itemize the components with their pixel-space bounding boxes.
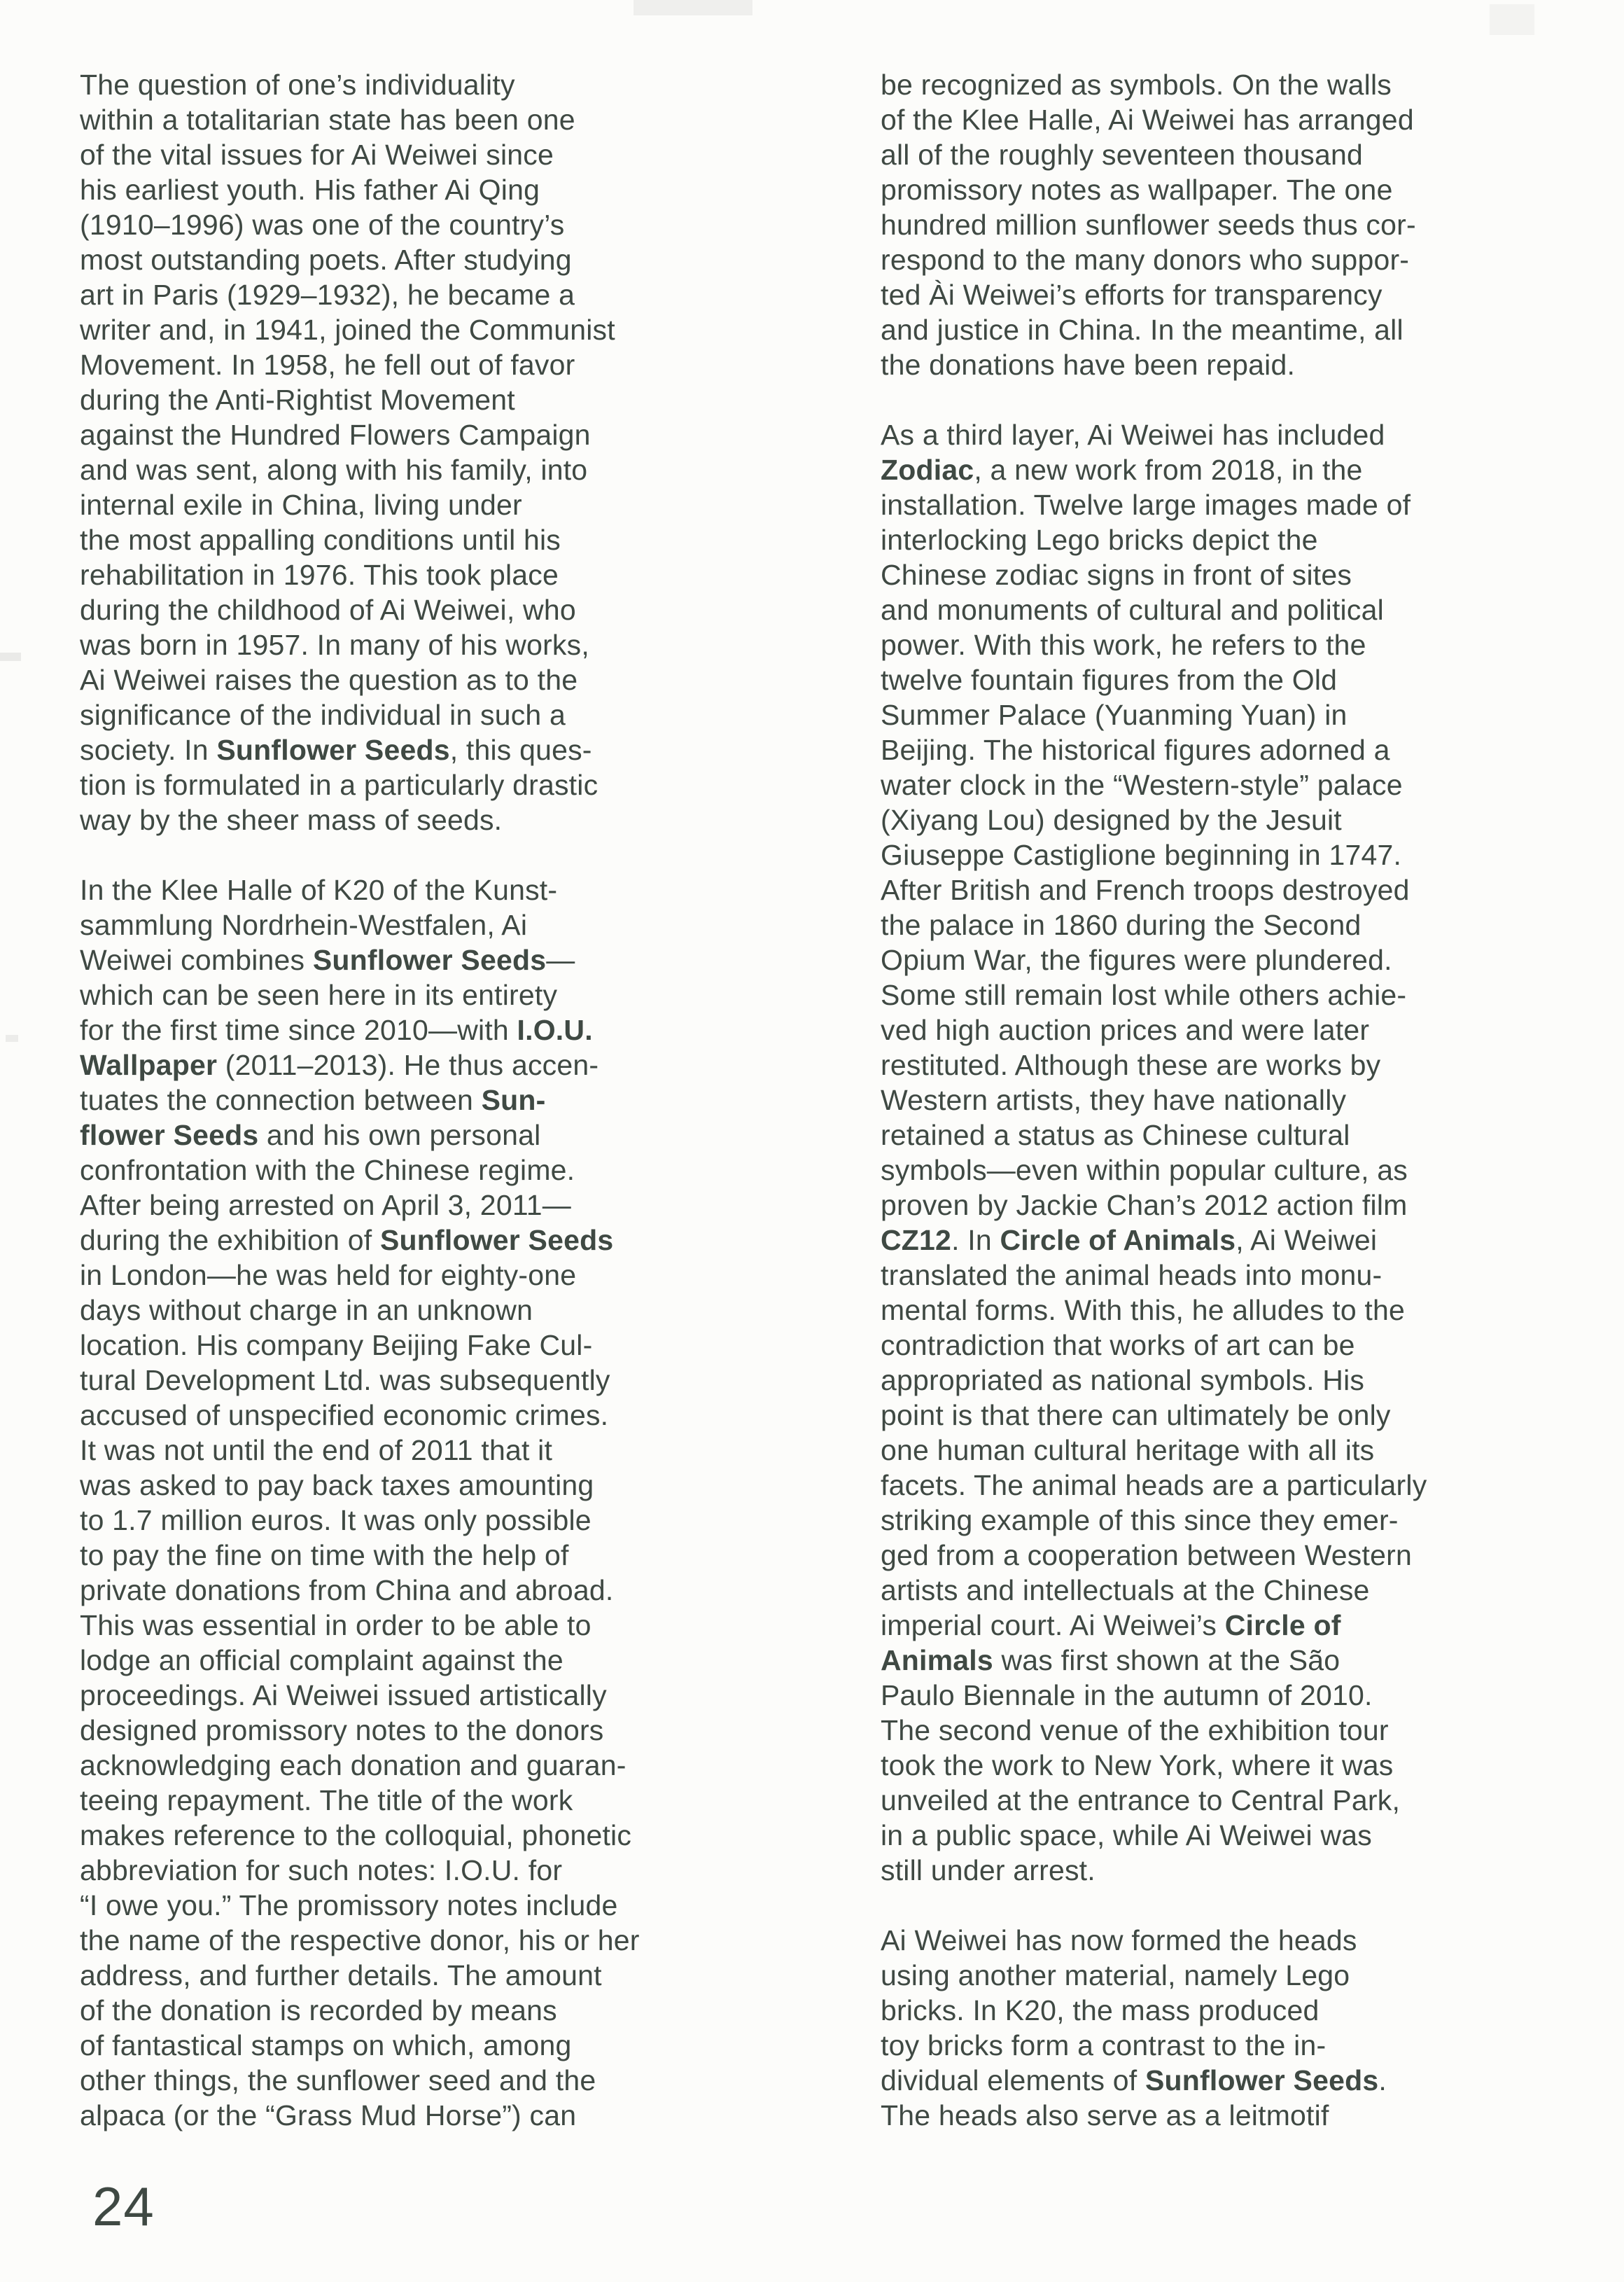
text-line: society. In Sunflower Seeds, this ques- [80, 732, 832, 767]
text-line: unveiled at the entrance to Central Park… [881, 1783, 1624, 1818]
text-line: other things, the sunflower seed and the [80, 2063, 832, 2098]
text-line: ved high auction prices and were later [881, 1013, 1624, 1048]
paragraph: In the Klee Halle of K20 of the Kunst-sa… [80, 872, 832, 2133]
text-line: in London—he was held for eighty-one [80, 1258, 832, 1293]
scan-artifact [6, 1035, 18, 1042]
text-line: installation. Twelve large images made o… [881, 487, 1624, 522]
text-line: confrontation with the Chinese regime. [80, 1153, 832, 1188]
text-line: during the exhibition of Sunflower Seeds [80, 1223, 832, 1258]
text-line: Beijing. The historical figures adorned … [881, 732, 1624, 767]
text-line: point is that there can ultimately be on… [881, 1398, 1624, 1433]
text-line: art in Paris (1929–1932), he became a [80, 277, 832, 312]
text-line: in a public space, while Ai Weiwei was [881, 1818, 1624, 1853]
text-line: was asked to pay back taxes amounting [80, 1468, 832, 1503]
text-line: his earliest youth. His father Ai Qing [80, 172, 832, 207]
text-line: sammlung Nordrhein-Westfalen, Ai [80, 907, 832, 942]
text-line: It was not until the end of 2011 that it [80, 1433, 832, 1468]
text-line: symbols—even within popular culture, as [881, 1153, 1624, 1188]
text-line: After being arrested on April 3, 2011— [80, 1188, 832, 1223]
text-line: Animals was first shown at the São [881, 1643, 1624, 1678]
text-line: Ai Weiwei raises the question as to the [80, 662, 832, 697]
text-line: The heads also serve as a leitmotif [881, 2098, 1624, 2133]
text-line: The second venue of the exhibition tour [881, 1713, 1624, 1748]
text-line: water clock in the “Western-style” palac… [881, 767, 1624, 802]
text-line: the palace in 1860 during the Second [881, 907, 1624, 942]
text-line: rehabilitation in 1976. This took place [80, 557, 832, 592]
text-line: designed promissory notes to the donors [80, 1713, 832, 1748]
text-line: proceedings. Ai Weiwei issued artistical… [80, 1678, 832, 1713]
text-line: lodge an official complaint against the [80, 1643, 832, 1678]
text-line: restituted. Although these are works by [881, 1048, 1624, 1083]
text-line: within a totalitarian state has been one [80, 102, 832, 137]
text-line: to 1.7 million euros. It was only possib… [80, 1503, 832, 1538]
text-line: during the Anti-Rightist Movement [80, 382, 832, 417]
text-line: (Xiyang Lou) designed by the Jesuit [881, 802, 1624, 837]
text-line: acknowledging each donation and guaran- [80, 1748, 832, 1783]
text-line: appropriated as national symbols. His [881, 1363, 1624, 1398]
text-line: artists and intellectuals at the Chinese [881, 1573, 1624, 1608]
text-line: for the first time since 2010—with I.O.U… [80, 1013, 832, 1048]
text-line: which can be seen here in its entirety [80, 977, 832, 1013]
text-line: alpaca (or the “Grass Mud Horse”) can [80, 2098, 832, 2133]
text-line: of fantastical stamps on which, among [80, 2028, 832, 2063]
text-line: accused of unspecified economic crimes. [80, 1398, 832, 1433]
text-line: was born in 1957. In many of his works, [80, 627, 832, 662]
text-line: the donations have been repaid. [881, 347, 1624, 382]
text-line: against the Hundred Flowers Campaign [80, 417, 832, 452]
text-line: took the work to New York, where it was [881, 1748, 1624, 1783]
text-line: of the vital issues for Ai Weiwei since [80, 137, 832, 172]
text-line: address, and further details. The amount [80, 1958, 832, 1993]
text-line: translated the animal heads into monu- [881, 1258, 1624, 1293]
catalog-page: The question of one’s individualitywithi… [0, 0, 1624, 2282]
page-number: 24 [92, 2179, 155, 2234]
text-line: way by the sheer mass of seeds. [80, 802, 832, 837]
text-line: power. With this work, he refers to the [881, 627, 1624, 662]
text-line: dividual elements of Sunflower Seeds. [881, 2063, 1624, 2098]
text-line: of the Klee Halle, Ai Weiwei has arrange… [881, 102, 1624, 137]
text-line: be recognized as symbols. On the walls [881, 67, 1624, 102]
text-line: bricks. In K20, the mass produced [881, 1993, 1624, 2028]
text-line: ged from a cooperation between Western [881, 1538, 1624, 1573]
text-line: hundred million sunflower seeds thus cor… [881, 207, 1624, 242]
text-line: all of the roughly seventeen thousand [881, 137, 1624, 172]
text-line: and was sent, along with his family, int… [80, 452, 832, 487]
text-line: “I owe you.” The promissory notes includ… [80, 1888, 832, 1923]
text-line: proven by Jackie Chan’s 2012 action film [881, 1188, 1624, 1223]
text-line: In the Klee Halle of K20 of the Kunst- [80, 872, 832, 907]
text-line: private donations from China and abroad. [80, 1573, 832, 1608]
text-line: and justice in China. In the meantime, a… [881, 312, 1624, 347]
text-line: most outstanding poets. After studying [80, 242, 832, 277]
text-line: the name of the respective donor, his or… [80, 1923, 832, 1958]
text-line: Giuseppe Castiglione beginning in 1747. [881, 837, 1624, 872]
text-column-right: be recognized as symbols. On the wallsof… [881, 67, 1624, 2133]
text-line: Weiwei combines Sunflower Seeds— [80, 942, 832, 977]
text-line: toy bricks form a contrast to the in- [881, 2028, 1624, 2063]
text-line: retained a status as Chinese cultural [881, 1118, 1624, 1153]
text-line: writer and, in 1941, joined the Communis… [80, 312, 832, 347]
text-line: ted Ài Weiwei’s efforts for transparency [881, 277, 1624, 312]
text-line: respond to the many donors who suppor- [881, 242, 1624, 277]
text-line: internal exile in China, living under [80, 487, 832, 522]
text-line: days without charge in an unknown [80, 1293, 832, 1328]
text-line: teeing repayment. The title of the work [80, 1783, 832, 1818]
text-line: location. His company Beijing Fake Cul- [80, 1328, 832, 1363]
text-line: (1910–1996) was one of the country’s [80, 207, 832, 242]
scan-artifact [633, 0, 752, 15]
text-line: one human cultural heritage with all its [881, 1433, 1624, 1468]
text-line: makes reference to the colloquial, phone… [80, 1818, 832, 1853]
text-line: Western artists, they have nationally [881, 1083, 1624, 1118]
text-line: Zodiac, a new work from 2018, in the [881, 452, 1624, 487]
text-line: Chinese zodiac signs in front of sites [881, 557, 1624, 592]
text-line: significance of the individual in such a [80, 697, 832, 732]
scan-artifact [1490, 4, 1534, 35]
text-line: tion is formulated in a particularly dra… [80, 767, 832, 802]
text-line: Paulo Biennale in the autumn of 2010. [881, 1678, 1624, 1713]
text-line: Summer Palace (Yuanming Yuan) in [881, 697, 1624, 732]
text-line: during the childhood of Ai Weiwei, who [80, 592, 832, 627]
text-line: interlocking Lego bricks depict the [881, 522, 1624, 557]
text-column-left: The question of one’s individualitywithi… [80, 67, 832, 2133]
text-line: facets. The animal heads are a particula… [881, 1468, 1624, 1503]
text-line: tuates the connection between Sun- [80, 1083, 832, 1118]
text-line: to pay the fine on time with the help of [80, 1538, 832, 1573]
paragraph: be recognized as symbols. On the wallsof… [881, 67, 1624, 382]
text-line: tural Development Ltd. was subsequently [80, 1363, 832, 1398]
text-line: contradiction that works of art can be [881, 1328, 1624, 1363]
text-line: still under arrest. [881, 1853, 1624, 1888]
text-line: CZ12. In Circle of Animals, Ai Weiwei [881, 1223, 1624, 1258]
text-line: of the donation is recorded by means [80, 1993, 832, 2028]
text-line: Some still remain lost while others achi… [881, 977, 1624, 1013]
text-line: Wallpaper (2011–2013). He thus accen- [80, 1048, 832, 1083]
text-line: the most appalling conditions until his [80, 522, 832, 557]
text-line: striking example of this since they emer… [881, 1503, 1624, 1538]
text-line: flower Seeds and his own personal [80, 1118, 832, 1153]
text-line: imperial court. Ai Weiwei’s Circle of [881, 1608, 1624, 1643]
paragraph: Ai Weiwei has now formed the headsusing … [881, 1923, 1624, 2133]
text-line: promissory notes as wallpaper. The one [881, 172, 1624, 207]
paragraph: As a third layer, Ai Weiwei has included… [881, 417, 1624, 1888]
scan-artifact [0, 653, 21, 661]
text-line: As a third layer, Ai Weiwei has included [881, 417, 1624, 452]
text-line: Movement. In 1958, he fell out of favor [80, 347, 832, 382]
text-line: using another material, namely Lego [881, 1958, 1624, 1993]
text-line: This was essential in order to be able t… [80, 1608, 832, 1643]
text-line: Opium War, the figures were plundered. [881, 942, 1624, 977]
text-line: Ai Weiwei has now formed the heads [881, 1923, 1624, 1958]
paragraph: The question of one’s individualitywithi… [80, 67, 832, 837]
text-line: and monuments of cultural and political [881, 592, 1624, 627]
text-line: twelve fountain figures from the Old [881, 662, 1624, 697]
text-line: abbreviation for such notes: I.O.U. for [80, 1853, 832, 1888]
text-line: After British and French troops destroye… [881, 872, 1624, 907]
text-line: The question of one’s individuality [80, 67, 832, 102]
text-line: mental forms. With this, he alludes to t… [881, 1293, 1624, 1328]
